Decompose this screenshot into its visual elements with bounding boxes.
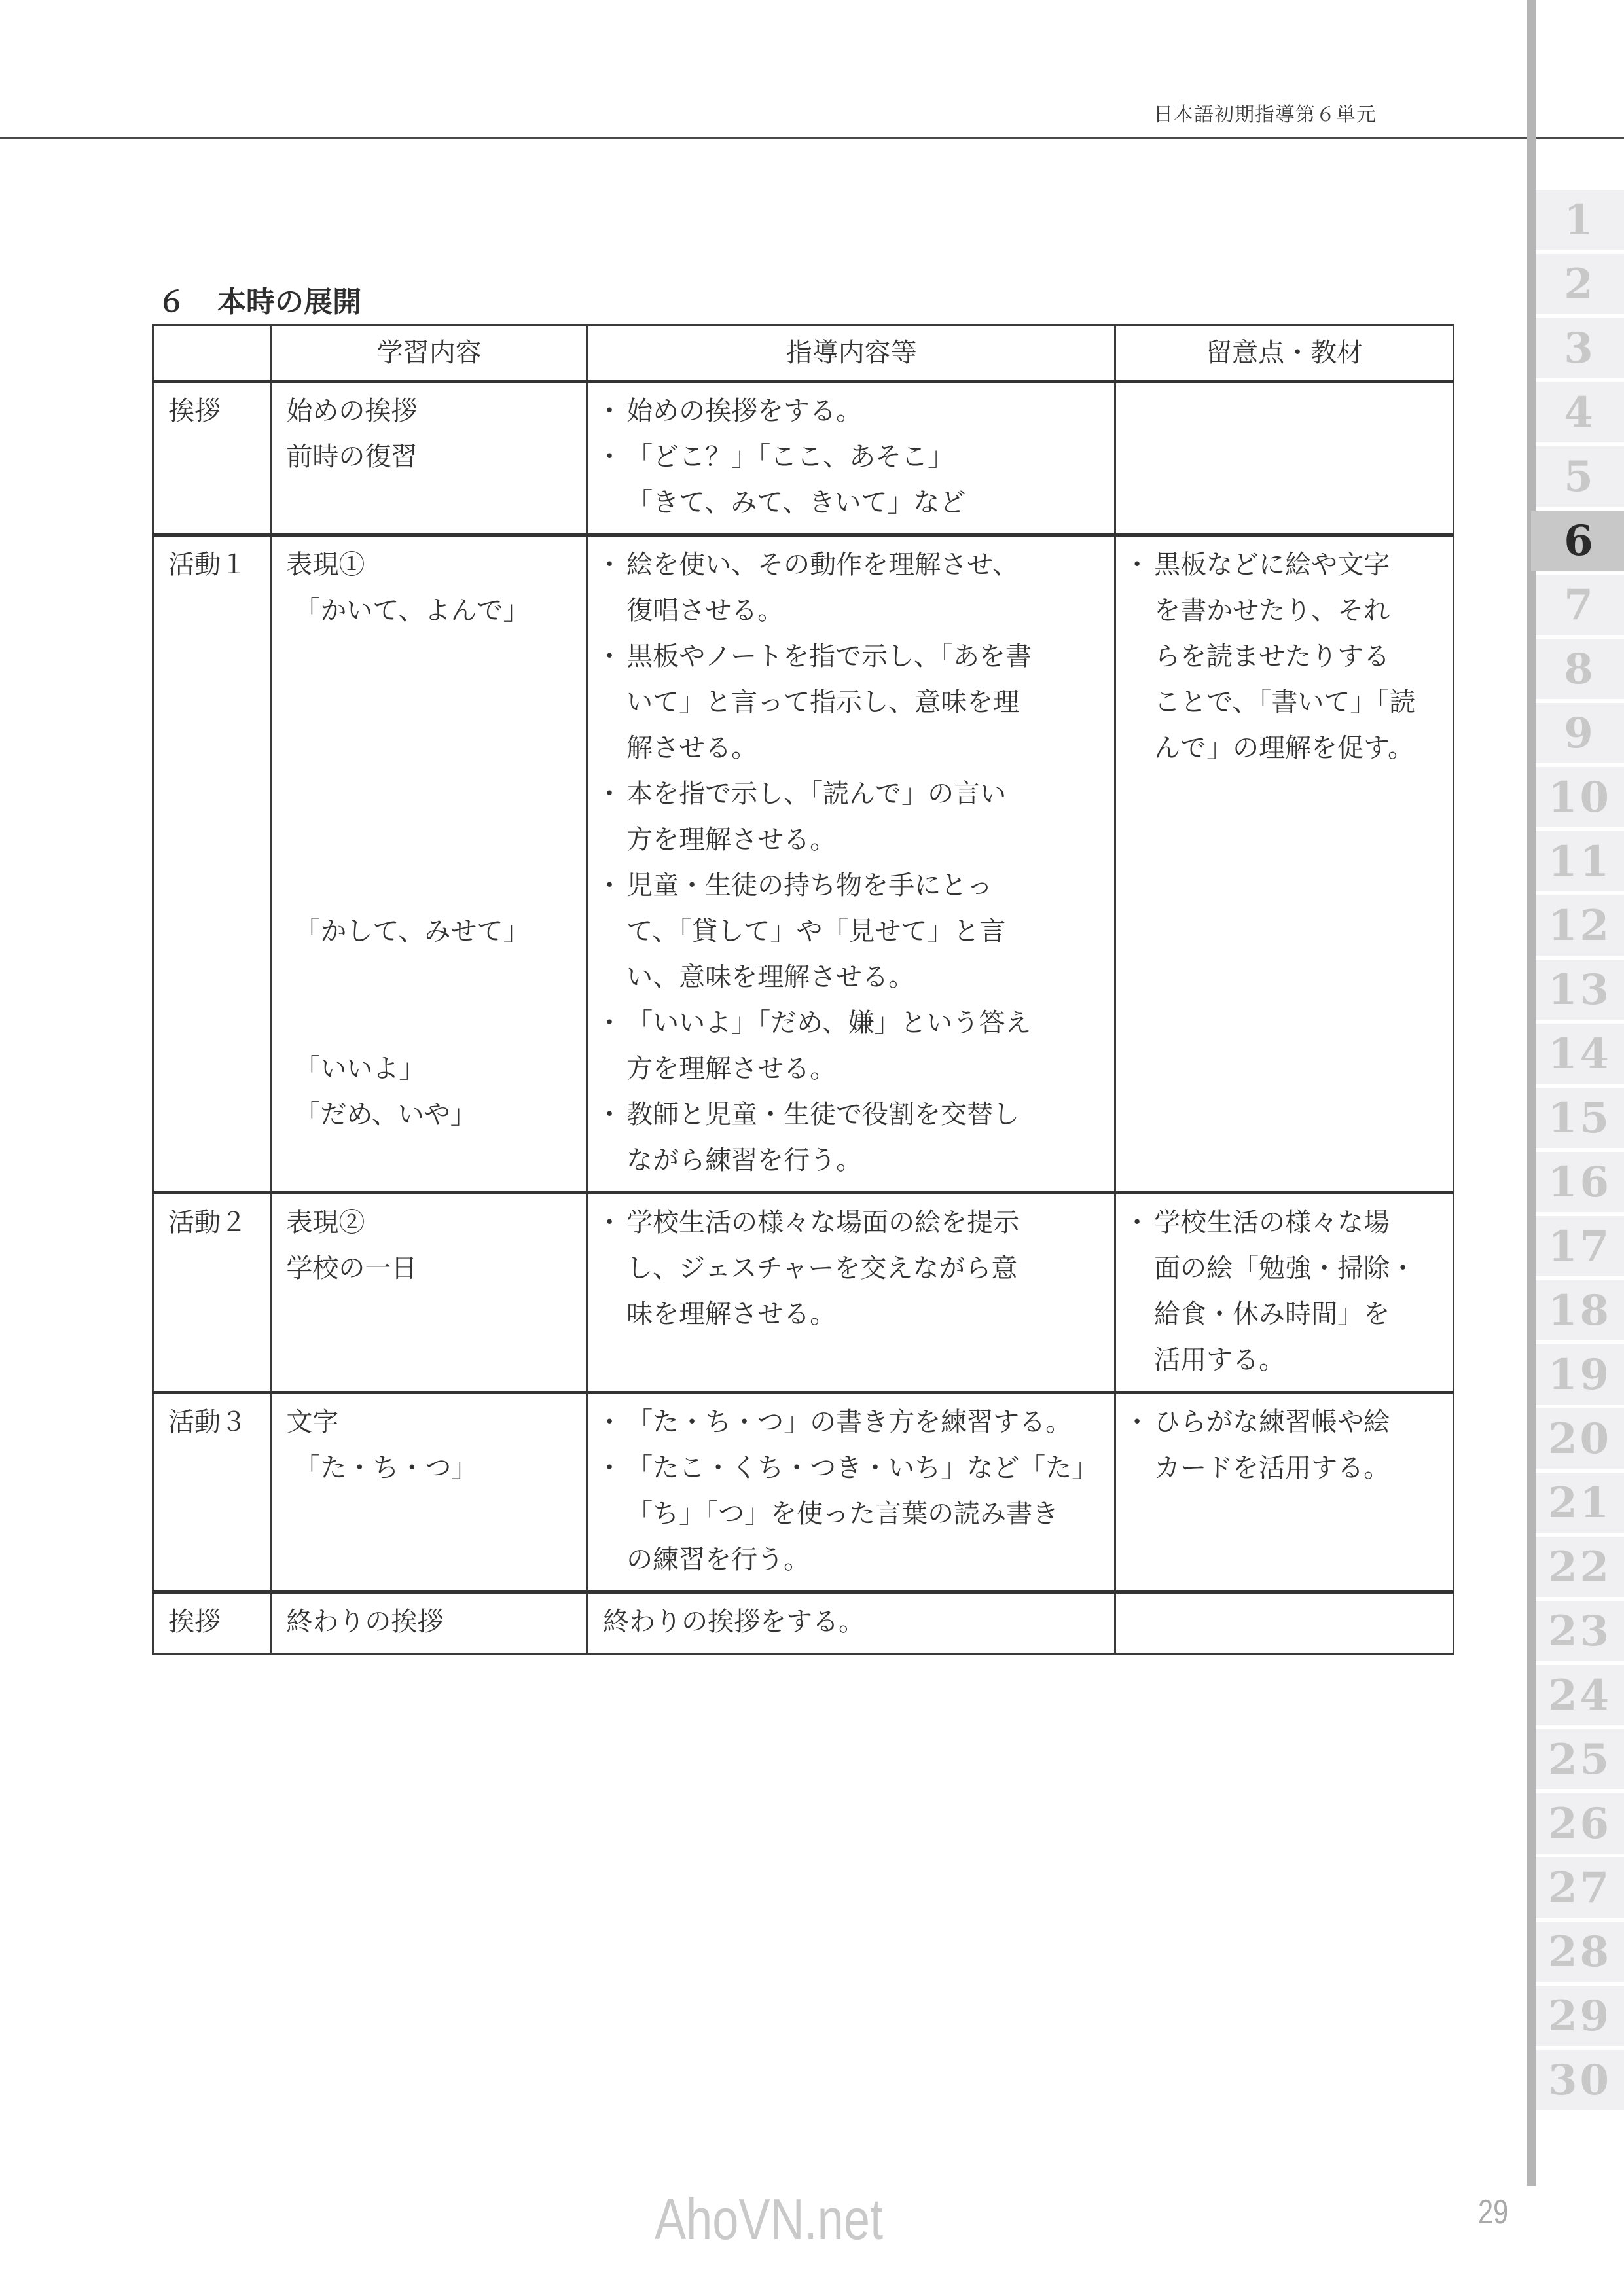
chapter-tab-15[interactable]: 15 [1536,1088,1624,1148]
chapter-tab-14[interactable]: 14 [1536,1024,1624,1084]
table-row-greeting-start: 挨拶 始めの挨拶 前時の復習 始めの挨拶をする。 「どこ？」「ここ、あそこ」 「… [153,382,1454,535]
table-row-activity-1: 活動１ 表現① 「かいて、よんで」 「かして、みせて」 「いいよ」 「だめ、いや… [153,535,1454,1193]
chapter-tab-1[interactable]: 1 [1536,190,1624,250]
chapter-tab-7[interactable]: 7 [1536,575,1624,635]
content-cell: 始めの挨拶 前時の復習 [271,382,588,535]
chapter-tab-6-active[interactable]: 6 [1531,511,1624,571]
content-phrase: 「かいて、よんで」 [286,588,572,634]
chapter-tab-29[interactable]: 29 [1536,1986,1624,2046]
chapter-tab-9[interactable]: 9 [1536,703,1624,763]
content-line: 前時の復習 [286,434,572,480]
guidance-cell: 学校生活の様々な場面の絵を提示 し、ジェスチャーを交えながら意 味を理解させる。 [588,1193,1115,1393]
chapter-tab-16[interactable]: 16 [1536,1152,1624,1212]
chapter-tab-2[interactable]: 2 [1536,254,1624,314]
notes-cell: 学校生活の様々な場 面の絵「勉強・掃除・ 給食・休み時間」を 活用する。 [1115,1193,1454,1393]
chapter-tab-18[interactable]: 18 [1536,1280,1624,1340]
chapter-tab-26[interactable]: 26 [1536,1793,1624,1854]
stage-cell: 活動２ [153,1193,271,1393]
chapter-tab-21[interactable]: 21 [1536,1473,1624,1533]
table-row-activity-2: 活動２ 表現② 学校の一日 学校生活の様々な場面の絵を提示 し、ジェスチャーを交… [153,1193,1454,1393]
section-title-text: 本時の展開 [217,285,361,319]
header-learning-content: 学習内容 [271,325,588,382]
page-number: 29 [1478,2193,1508,2232]
stage-cell: 活動３ [153,1393,271,1592]
chapter-tab-24[interactable]: 24 [1536,1665,1624,1725]
chapter-tab-27[interactable]: 27 [1536,1857,1624,1918]
header-notes-materials: 留意点・教材 [1115,325,1454,382]
chapter-tab-11[interactable]: 11 [1536,831,1624,891]
content-phrase: 「いいよ」 [286,1046,572,1092]
content-cell: 文字 「た・ち・つ」 [271,1393,588,1592]
chapter-tab-23[interactable]: 23 [1536,1601,1624,1661]
content-cell: 表現② 学校の一日 [271,1193,588,1393]
chapter-tab-12[interactable]: 12 [1536,895,1624,956]
header-stage [153,325,271,382]
guidance-cell: 始めの挨拶をする。 「どこ？」「ここ、あそこ」 「きて、みて、きいて」など [588,382,1115,535]
header-guidance: 指導内容等 [588,325,1115,382]
guidance-cell: 絵を使い、その動作を理解させ、 復唱させる。 黒板やノートを指で示し、「あを書 … [588,535,1115,1193]
guidance-item: 「たこ・くち・つき・いち」など「た」 「ち」「つ」を使った言葉の読み書き の練習… [603,1445,1100,1583]
notes-cell [1115,1592,1454,1654]
guidance-text: 終わりの挨拶をする。 [603,1599,1100,1645]
table-header-row: 学習内容 指導内容等 留意点・教材 [153,325,1454,382]
guidance-item: 絵を使い、その動作を理解させ、 復唱させる。 [603,542,1100,634]
section-number: ６ [157,285,186,319]
table-row-activity-3: 活動３ 文字 「た・ち・つ」 「た・ち・つ」の書き方を練習する。 「たこ・くち・… [153,1393,1454,1592]
content-title: 表現① [286,542,572,588]
guidance-item: 本を指で示し、「読んで」の言い 方を理解させる。 [603,771,1100,863]
chapter-tab-10[interactable]: 10 [1536,767,1624,827]
table-row-greeting-end: 挨拶 終わりの挨拶 終わりの挨拶をする。 [153,1592,1454,1654]
guidance-item: 教師と児童・生徒で役割を交替し ながら練習を行う。 [603,1092,1100,1183]
chapter-tab-22[interactable]: 22 [1536,1537,1624,1597]
content-line: 学校の一日 [286,1246,572,1291]
section-heading: ６本時の展開 [157,278,361,320]
chapter-tabs: 1 2 3 4 5 6 7 8 9 10 11 12 13 14 15 16 1… [1536,190,1624,2114]
guidance-item: 「どこ？」「ここ、あそこ」 「きて、みて、きいて」など [603,434,1100,526]
content-line: 始めの挨拶 [286,388,572,434]
content-line: 文字 [286,1399,572,1445]
guidance-item: 児童・生徒の持ち物を手にとっ て、「貸して」や「見せて」と言 い、意味を理解させ… [603,863,1100,1000]
guidance-cell: 「た・ち・つ」の書き方を練習する。 「たこ・くち・つき・いち」など「た」 「ち」… [588,1393,1115,1592]
chapter-tab-17[interactable]: 17 [1536,1216,1624,1276]
chapter-tab-3[interactable]: 3 [1536,318,1624,378]
note-item: 黒板などに絵や文字 を書かせたり、それ らを読ませたりする ことで、「書いて」「… [1130,542,1438,771]
chapter-tab-5[interactable]: 5 [1536,446,1624,507]
content-phrase: 「かして、みせて」 [286,908,572,954]
running-header-title: 日本語初期指導第６単元 [1153,98,1377,127]
header-divider [0,137,1624,139]
guidance-item: 学校生活の様々な場面の絵を提示 し、ジェスチャーを交えながら意 味を理解させる。 [603,1200,1100,1337]
stage-cell: 活動１ [153,535,271,1193]
chapter-tab-30[interactable]: 30 [1536,2050,1624,2110]
note-item: ひらがな練習帳や絵 カードを活用する。 [1130,1399,1438,1491]
chapter-tab-8[interactable]: 8 [1536,639,1624,699]
content-line: 終わりの挨拶 [286,1599,572,1645]
chapter-tab-13[interactable]: 13 [1536,960,1624,1020]
content-line: 表現② [286,1200,572,1246]
content-phrase: 「た・ち・つ」 [286,1445,572,1491]
guidance-cell: 終わりの挨拶をする。 [588,1592,1115,1654]
guidance-item: 始めの挨拶をする。 [603,388,1100,434]
stage-cell: 挨拶 [153,1592,271,1654]
lesson-plan-table: 学習内容 指導内容等 留意点・教材 挨拶 始めの挨拶 前時の復習 始めの挨拶をす… [152,324,1454,1655]
stage-cell: 挨拶 [153,382,271,535]
chapter-tab-25[interactable]: 25 [1536,1729,1624,1789]
guidance-item: 「いいよ」「だめ、嫌」という答え 方を理解させる。 [603,1000,1100,1092]
content-cell: 表現① 「かいて、よんで」 「かして、みせて」 「いいよ」 「だめ、いや」 [271,535,588,1193]
chapter-tab-19[interactable]: 19 [1536,1344,1624,1405]
side-margin-bar [1527,0,1536,2186]
notes-cell [1115,382,1454,535]
notes-cell: 黒板などに絵や文字 を書かせたり、それ らを読ませたりする ことで、「書いて」「… [1115,535,1454,1193]
content-cell: 終わりの挨拶 [271,1592,588,1654]
note-item: 学校生活の様々な場 面の絵「勉強・掃除・ 給食・休み時間」を 活用する。 [1130,1200,1438,1383]
chapter-tab-4[interactable]: 4 [1536,382,1624,442]
guidance-item: 「た・ち・つ」の書き方を練習する。 [603,1399,1100,1445]
chapter-tab-28[interactable]: 28 [1536,1922,1624,1982]
guidance-item: 黒板やノートを指で示し、「あを書 いて」と言って指示し、意味を理 解させる。 [603,634,1100,771]
content-phrase: 「だめ、いや」 [286,1092,572,1138]
watermark-text: AhoVN.net [655,2186,883,2253]
notes-cell: ひらがな練習帳や絵 カードを活用する。 [1115,1393,1454,1592]
chapter-tab-20[interactable]: 20 [1536,1408,1624,1469]
